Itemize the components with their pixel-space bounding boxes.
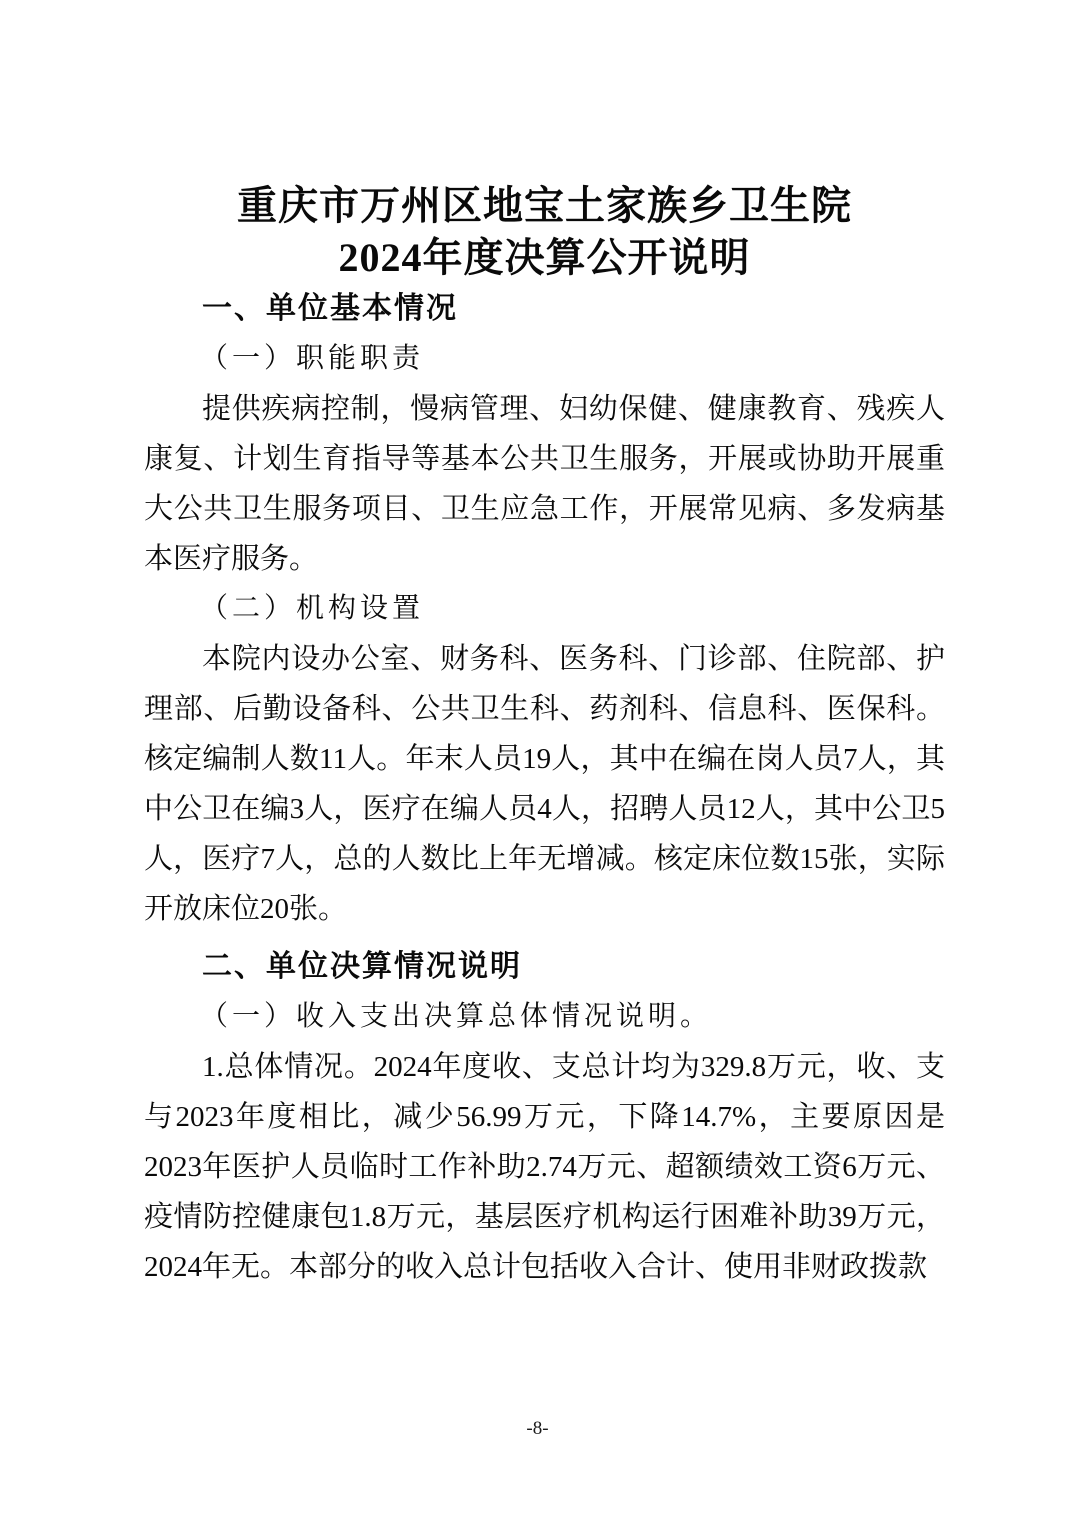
paragraph-org-setup: 本院内设办公室、财务科、医务科、门诊部、住院部、护理部、后勤设备科、公共卫生科、… — [144, 634, 945, 934]
page-number: -8- — [0, 1418, 1075, 1440]
paragraph-duties: 提供疾病控制，慢病管理、妇幼保健、健康教育、残疾人康复、计划生育指导等基本公共卫… — [144, 384, 945, 584]
document-title-line1: 重庆市万州区地宝土家族乡卫生院 — [144, 180, 945, 232]
subsection-heading-duties: （一）职能职责 — [144, 334, 945, 384]
document-title-line2: 2024年度决算公开说明 — [144, 232, 945, 284]
section-heading-basic-info: 一、单位基本情况 — [144, 284, 945, 334]
section-heading-budget-statement: 二、单位决算情况说明 — [144, 942, 945, 992]
paragraph-income-expense-overview: 1.总体情况。2024年度收、支总计均为329.8万元，收、支与2023年度相比… — [144, 1042, 945, 1292]
document-page: 重庆市万州区地宝土家族乡卫生院 2024年度决算公开说明 一、单位基本情况 （一… — [0, 0, 1075, 1520]
subsection-heading-org-setup: （二）机构设置 — [144, 584, 945, 634]
subsection-heading-income-expense-overview: （一）收入支出决算总体情况说明。 — [144, 992, 945, 1042]
document-title: 重庆市万州区地宝土家族乡卫生院 2024年度决算公开说明 — [144, 180, 945, 284]
